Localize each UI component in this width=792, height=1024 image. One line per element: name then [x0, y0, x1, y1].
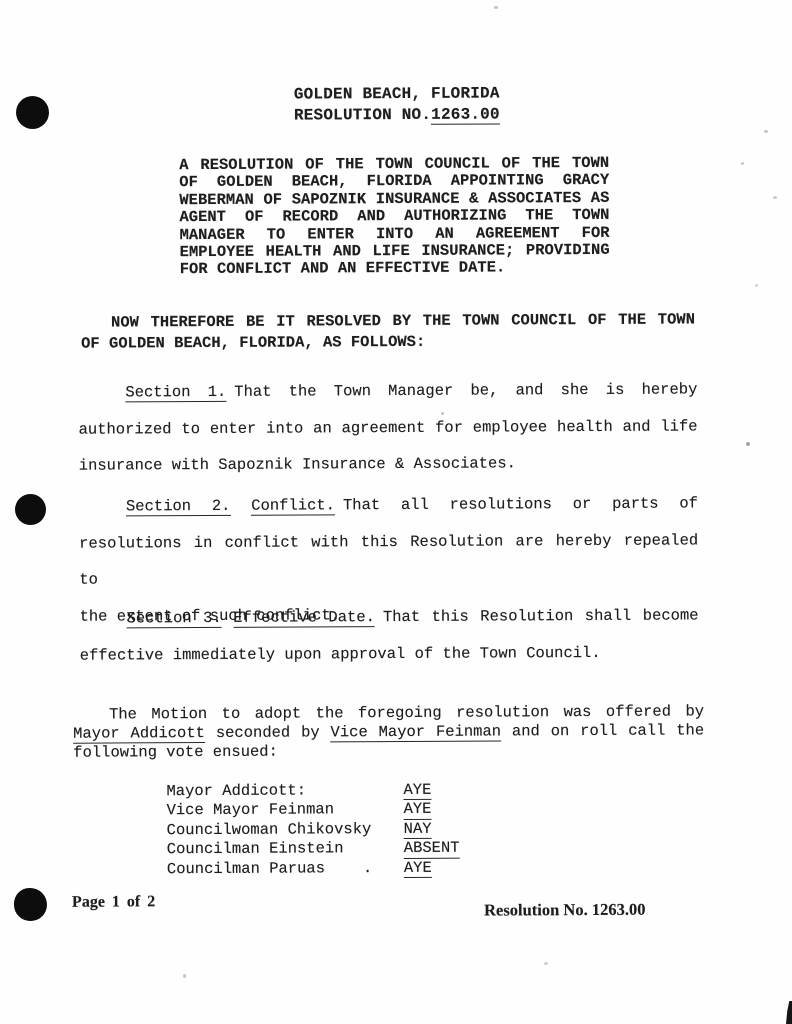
section-3-subheading: Effective Date. — [233, 608, 375, 628]
scan-speck — [441, 412, 444, 415]
title-resolution-line: RESOLUTION NO.1263.00 — [294, 104, 500, 126]
stray-period-mark: . — [363, 859, 372, 878]
section-2-lead: That all resolutions or parts of — [343, 494, 698, 514]
resolved-line1: NOW THEREFORE BE IT RESOLVED BY THE TOWN… — [81, 309, 695, 333]
seconder-name: Vice Mayor Feinman — [330, 722, 501, 742]
section-1-line: insurance with Sapoznik Insurance & Asso… — [79, 444, 698, 484]
section-1: Section 1.That the Town Manager be, and … — [78, 371, 698, 484]
vote-value: AYE — [403, 781, 431, 801]
title-city-line: GOLDEN BEACH, FLORIDA — [294, 83, 500, 105]
section-3-heading: Section 3. — [127, 609, 222, 628]
vote-row: Councilman Paruas. AYE — [167, 858, 460, 879]
motion-line3: following vote ensued: — [73, 740, 704, 762]
document-title-block: GOLDEN BEACH, FLORIDA RESOLUTION NO.1263… — [294, 83, 500, 126]
document-content: GOLDEN BEACH, FLORIDA RESOLUTION NO.1263… — [0, 0, 792, 1024]
section-3-first-line: Section 3. Effective Date.That this Reso… — [79, 597, 698, 637]
section-3-line: effective immediately upon approval of t… — [80, 634, 699, 674]
scan-speck — [755, 284, 758, 287]
scan-speck — [773, 196, 777, 199]
vote-row: Councilwoman Chikovsky NAY — [167, 819, 460, 840]
scan-speck — [764, 130, 768, 133]
voter-name: Councilwoman Chikovsky — [167, 820, 404, 841]
section-2-first-line: Section 2. Conflict.That all resolutions… — [79, 485, 698, 525]
scanned-resolution-page: GOLDEN BEACH, FLORIDA RESOLUTION NO.1263… — [0, 0, 792, 1024]
scan-speck — [746, 442, 750, 446]
vote-row: Vice Mayor Feinman AYE — [167, 800, 460, 821]
page-number-label: Page 1 of 2 — [72, 893, 155, 911]
vote-value: AYE — [404, 858, 432, 878]
section-1-lead: That the Town Manager be, and she is her… — [234, 380, 697, 400]
resolution-number: 1263.00 — [431, 105, 500, 124]
scan-speck — [494, 6, 498, 9]
voter-name: Councilman Einstein — [167, 839, 404, 860]
vote-row: Councilman Einstein ABSENT — [167, 839, 460, 860]
section-3: Section 3. Effective Date.That this Reso… — [79, 597, 698, 673]
vote-value: AYE — [404, 800, 432, 820]
section-1-line: authorized to enter into an agreement fo… — [78, 408, 697, 448]
section-1-first-line: Section 1.That the Town Manager be, and … — [78, 371, 697, 411]
section-2-heading: Section 2. — [126, 497, 231, 517]
roll-call-vote-list: Mayor Addicott: AYE Vice Mayor Feinman A… — [166, 781, 459, 880]
vote-row: Mayor Addicott: AYE — [166, 781, 459, 802]
resolution-prefix: RESOLUTION NO. — [294, 106, 431, 125]
section-3-lead: That this Resolution shall become — [383, 606, 699, 626]
preamble-line: FOR CONFLICT AND AN EFFECTIVE DATE. — [180, 259, 610, 279]
mover-name: Mayor Addicott — [73, 724, 205, 744]
vote-value: ABSENT — [404, 839, 460, 859]
section-1-heading: Section 1. — [125, 383, 226, 403]
voter-name: Councilman Paruas. — [167, 859, 404, 880]
scan-speck — [183, 974, 186, 978]
scan-speck — [544, 962, 548, 965]
motion-paragraph: The Motion to adopt the foregoing resolu… — [73, 702, 704, 762]
resolved-line2: OF GOLDEN BEACH, FLORIDA, AS FOLLOWS: — [81, 330, 695, 354]
voter-name: Mayor Addicott: — [166, 781, 403, 802]
preamble-paragraph: A RESOLUTION OF THE TOWN COUNCIL OF THE … — [179, 155, 610, 279]
vote-value: NAY — [404, 820, 432, 840]
resolved-clause: NOW THEREFORE BE IT RESOLVED BY THE TOWN… — [81, 309, 695, 353]
scan-speck — [741, 162, 744, 165]
footer-resolution-label: Resolution No. 1263.00 — [484, 900, 645, 921]
motion-line2: Mayor Addicott seconded by Vice Mayor Fe… — [73, 721, 704, 743]
section-2-subheading: Conflict. — [251, 496, 335, 515]
section-2-line: resolutions in conflict with this Resolu… — [79, 522, 698, 598]
voter-name: Vice Mayor Feinman — [167, 800, 404, 821]
